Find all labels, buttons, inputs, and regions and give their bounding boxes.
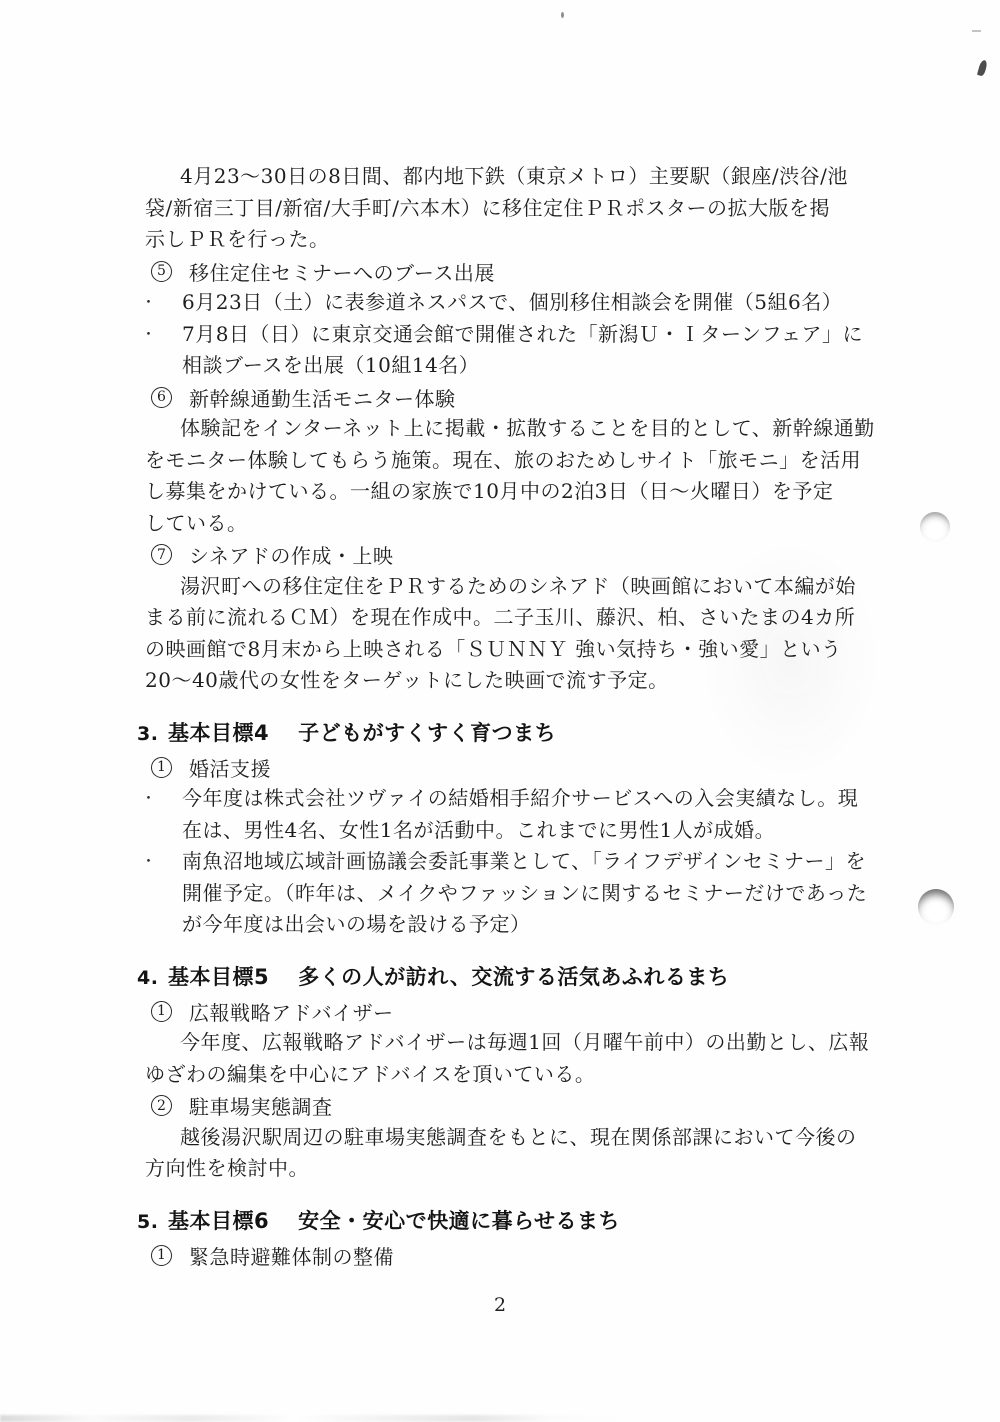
paragraph: 4月23〜30日の8日間、都内地下鉄（東京メトロ）主要駅（銀座/渋谷/池 袋/新… bbox=[145, 161, 890, 256]
section-title: 多くの人が訪れ、交流する活気あふれるまち bbox=[298, 959, 729, 995]
section-title: 安全・安心で快適に暮らせるまち bbox=[298, 1203, 620, 1239]
item-label: 移住定住セミナーへのブース出展 bbox=[189, 257, 495, 286]
text-line: 今年度は株式会社ツヴァイの結婚相手紹介サービスへの入会実績なし。現 bbox=[182, 783, 858, 815]
paragraph: 今年度、広報戦略アドバイザーは毎週1回（月曜午前中）の出勤とし、広報 ゆざわの編… bbox=[145, 1027, 890, 1090]
section-label: 基本目標6 bbox=[168, 1203, 269, 1239]
scan-speck bbox=[561, 12, 564, 18]
circled-number-icon: 2 bbox=[151, 1095, 172, 1116]
scan-mark bbox=[977, 59, 988, 76]
text-line: 開催予定。（昨年は、メイクやファッションに関するセミナーだけであった bbox=[182, 878, 867, 910]
circled-number-icon: 1 bbox=[151, 1001, 172, 1022]
circled-number-icon: 1 bbox=[151, 1245, 172, 1266]
circled-number-icon: 7 bbox=[151, 544, 172, 565]
text-line: 袋/新宿三丁目/新宿/大手町/六本木）に移住定住ＰＲポスターの拡大版を掲 bbox=[145, 193, 890, 225]
text-line: 示しＰＲを行った。 bbox=[145, 224, 890, 256]
bullet-icon: ・ bbox=[139, 783, 182, 846]
punch-hole-shadow bbox=[918, 889, 954, 925]
section-label: 基本目標5 bbox=[168, 959, 269, 995]
section-title: 子どもがすくすく育つまち bbox=[298, 715, 556, 751]
item-label: 駐車場実態調査 bbox=[189, 1091, 333, 1120]
text-line: が今年度は出会いの場を設ける予定） bbox=[182, 909, 867, 941]
item-label: 緊急時避難体制の整備 bbox=[189, 1241, 394, 1270]
text-line: 南魚沼地域広域計画協議会委託事業として、「ライフデザインセミナー」を bbox=[182, 846, 867, 878]
circled-number-icon: 5 bbox=[151, 261, 172, 282]
bullet-item: ・ 7月8日（日）に東京交通会館で開催された「新潟Ｕ・Ｉターンフェア」に 相談ブ… bbox=[139, 319, 890, 382]
page-ghosting bbox=[700, 540, 880, 780]
paragraph: 体験記をインターネット上に掲載・拡散することを目的として、新幹線通勤 をモニター… bbox=[145, 413, 890, 539]
section-heading: 4. 基本目標5 多くの人が訪れ、交流する活気あふれるまち bbox=[137, 959, 890, 996]
text-line: 今年度、広報戦略アドバイザーは毎週1回（月曜午前中）の出勤とし、広報 bbox=[145, 1027, 890, 1059]
text-line: 体験記をインターネット上に掲載・拡散することを目的として、新幹線通勤 bbox=[145, 413, 890, 445]
text-line: している。 bbox=[145, 508, 890, 540]
text-line: 4月23〜30日の8日間、都内地下鉄（東京メトロ）主要駅（銀座/渋谷/池 bbox=[145, 161, 890, 193]
numbered-item: 1 広報戦略アドバイザー bbox=[151, 996, 890, 1028]
paragraph: 越後湯沢駅周辺の駐車場実態調査をもとに、現在関係部課において今後の 方向性を検討… bbox=[145, 1122, 890, 1185]
numbered-item: 5 移住定住セミナーへのブース出展 bbox=[151, 256, 890, 288]
text-line: 相談ブースを出展（10組14名） bbox=[182, 350, 863, 382]
numbered-item: 2 駐車場実態調査 bbox=[151, 1090, 890, 1122]
bullet-body: 6月23日（土）に表参道ネスパスで、個別移住相談会を開催（5組6名） bbox=[182, 287, 842, 319]
page-number: 2 bbox=[0, 1294, 1000, 1316]
bottom-scan-smudge bbox=[0, 1415, 640, 1422]
circled-number-icon: 1 bbox=[151, 757, 172, 778]
text-line: し募集をかけている。一組の家族で10月中の2泊3日（日〜火曜日）を予定 bbox=[145, 476, 890, 508]
bullet-icon: ・ bbox=[139, 846, 182, 941]
section-number: 4. bbox=[137, 960, 168, 996]
item-label: 広報戦略アドバイザー bbox=[189, 997, 394, 1026]
bullet-item: ・ 6月23日（土）に表参道ネスパスで、個別移住相談会を開催（5組6名） bbox=[139, 287, 890, 319]
bullet-body: 南魚沼地域広域計画協議会委託事業として、「ライフデザインセミナー」を 開催予定。… bbox=[182, 846, 867, 941]
text-line: ゆざわの編集を中心にアドバイスを頂いている。 bbox=[145, 1059, 890, 1091]
bullet-item: ・ 南魚沼地域広域計画協議会委託事業として、「ライフデザインセミナー」を 開催予… bbox=[139, 846, 890, 941]
bullet-body: 7月8日（日）に東京交通会館で開催された「新潟Ｕ・Ｉターンフェア」に 相談ブース… bbox=[182, 319, 863, 382]
text-line: 越後湯沢駅周辺の駐車場実態調査をもとに、現在関係部課において今後の bbox=[145, 1122, 890, 1154]
bullet-icon: ・ bbox=[139, 287, 182, 319]
item-label: シネアドの作成・上映 bbox=[189, 540, 393, 569]
text-line: 6月23日（土）に表参道ネスパスで、個別移住相談会を開催（5組6名） bbox=[182, 287, 842, 319]
text-line: をモニター体験してもらう施策。現在、旅のおためしサイト「旅モニ」を活用 bbox=[145, 445, 890, 477]
circled-number-icon: 6 bbox=[151, 387, 172, 408]
item-label: 新幹線通勤生活モニター体験 bbox=[189, 383, 456, 412]
bullet-icon: ・ bbox=[139, 319, 182, 382]
scan-dash bbox=[972, 30, 981, 32]
punch-hole-shadow bbox=[920, 512, 950, 542]
numbered-item: 1 緊急時避難体制の整備 bbox=[151, 1240, 890, 1272]
scanned-document-page: 4月23〜30日の8日間、都内地下鉄（東京メトロ）主要駅（銀座/渋谷/池 袋/新… bbox=[0, 0, 1000, 1422]
section-heading: 5. 基本目標6 安全・安心で快適に暮らせるまち bbox=[137, 1203, 890, 1240]
text-line: 方向性を検討中。 bbox=[145, 1153, 890, 1185]
text-line: 在は、男性4名、女性1名が活動中。これまでに男性1人が成婚。 bbox=[182, 815, 858, 847]
numbered-item: 6 新幹線通勤生活モニター体験 bbox=[151, 382, 890, 414]
bullet-item: ・ 今年度は株式会社ツヴァイの結婚相手紹介サービスへの入会実績なし。現 在は、男… bbox=[139, 783, 890, 846]
item-label: 婚活支援 bbox=[189, 753, 271, 782]
section-number: 3. bbox=[137, 716, 168, 752]
section-label: 基本目標4 bbox=[168, 715, 269, 751]
text-line: 7月8日（日）に東京交通会館で開催された「新潟Ｕ・Ｉターンフェア」に bbox=[182, 319, 863, 351]
section-number: 5. bbox=[137, 1204, 168, 1240]
bullet-body: 今年度は株式会社ツヴァイの結婚相手紹介サービスへの入会実績なし。現 在は、男性4… bbox=[182, 783, 858, 846]
